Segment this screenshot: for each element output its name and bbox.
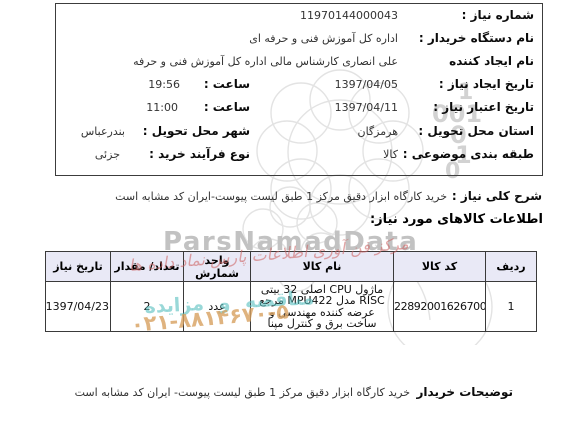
goods-section-heading: اطلاعات کالاهای مورد نیاز: [370,212,543,227]
created-date-value: 1397/04/05 [335,78,398,91]
creator-name-label: نام ایجاد کننده [449,54,534,68]
purchase-type-value: جزئی [95,148,120,161]
created-time-label: ساعت : [204,77,250,91]
purchase-type-label: نوع فرآیند خرید : [149,147,250,161]
cell-item-code: 2289200162670003 [394,282,486,332]
created-time-value: 19:56 [148,78,180,91]
subject-class-value: کالا [383,148,398,161]
expiry-date-label: تاریخ اعتبار نیاز : [433,100,534,114]
expiry-time-label: ساعت : [204,100,250,114]
cell-need-date: 1397/04/23 [46,282,111,332]
need-number-label: شماره نیاز : [462,8,534,22]
delivery-city-label: شهر محل تحویل : [143,124,250,138]
delivery-city-value: بندرعباس [81,125,125,138]
remarks-value: خرید کارگاه ابزار دقیق مرکز 1 طبق لیست پ… [75,386,410,399]
scanned-procurement-document: 1 001 0 1 0 ParsNamadData شماره نیاز : 1… [0,0,576,434]
header-item-code: کد کالا [394,252,486,282]
delivery-province-value: هرمزگان [358,125,399,138]
subject-class-label: طبقه بندی موضوعی : [403,147,534,161]
created-date-label: تاریخ ایجاد نیاز : [439,77,534,91]
need-summary-label: شرح کلی نیاز : [452,189,542,203]
need-summary-value: خرید کارگاه ابزار دقیق مرکز 1 طبق لیست پ… [115,190,447,203]
expiry-date-value: 1397/04/11 [335,101,398,114]
need-number-value: 11970144000043 [300,9,398,22]
header-row-number: ردیف [486,252,537,282]
expiry-time-value: 11:00 [146,101,178,114]
buyer-org-value: اداره کل آموزش فنی و حرفه ای [249,32,398,45]
cell-row-number: 1 [486,282,537,332]
remarks-label: توضیحات خریدار [417,385,514,399]
creator-name-value: علی انصاری کارشناس مالی اداره کل آموزش ف… [133,55,398,68]
header-need-date: تاریخ نیاز [46,252,111,282]
buyer-org-label: نام دستگاه خریدار : [419,31,534,45]
delivery-province-label: استان محل تحویل : [418,124,534,138]
